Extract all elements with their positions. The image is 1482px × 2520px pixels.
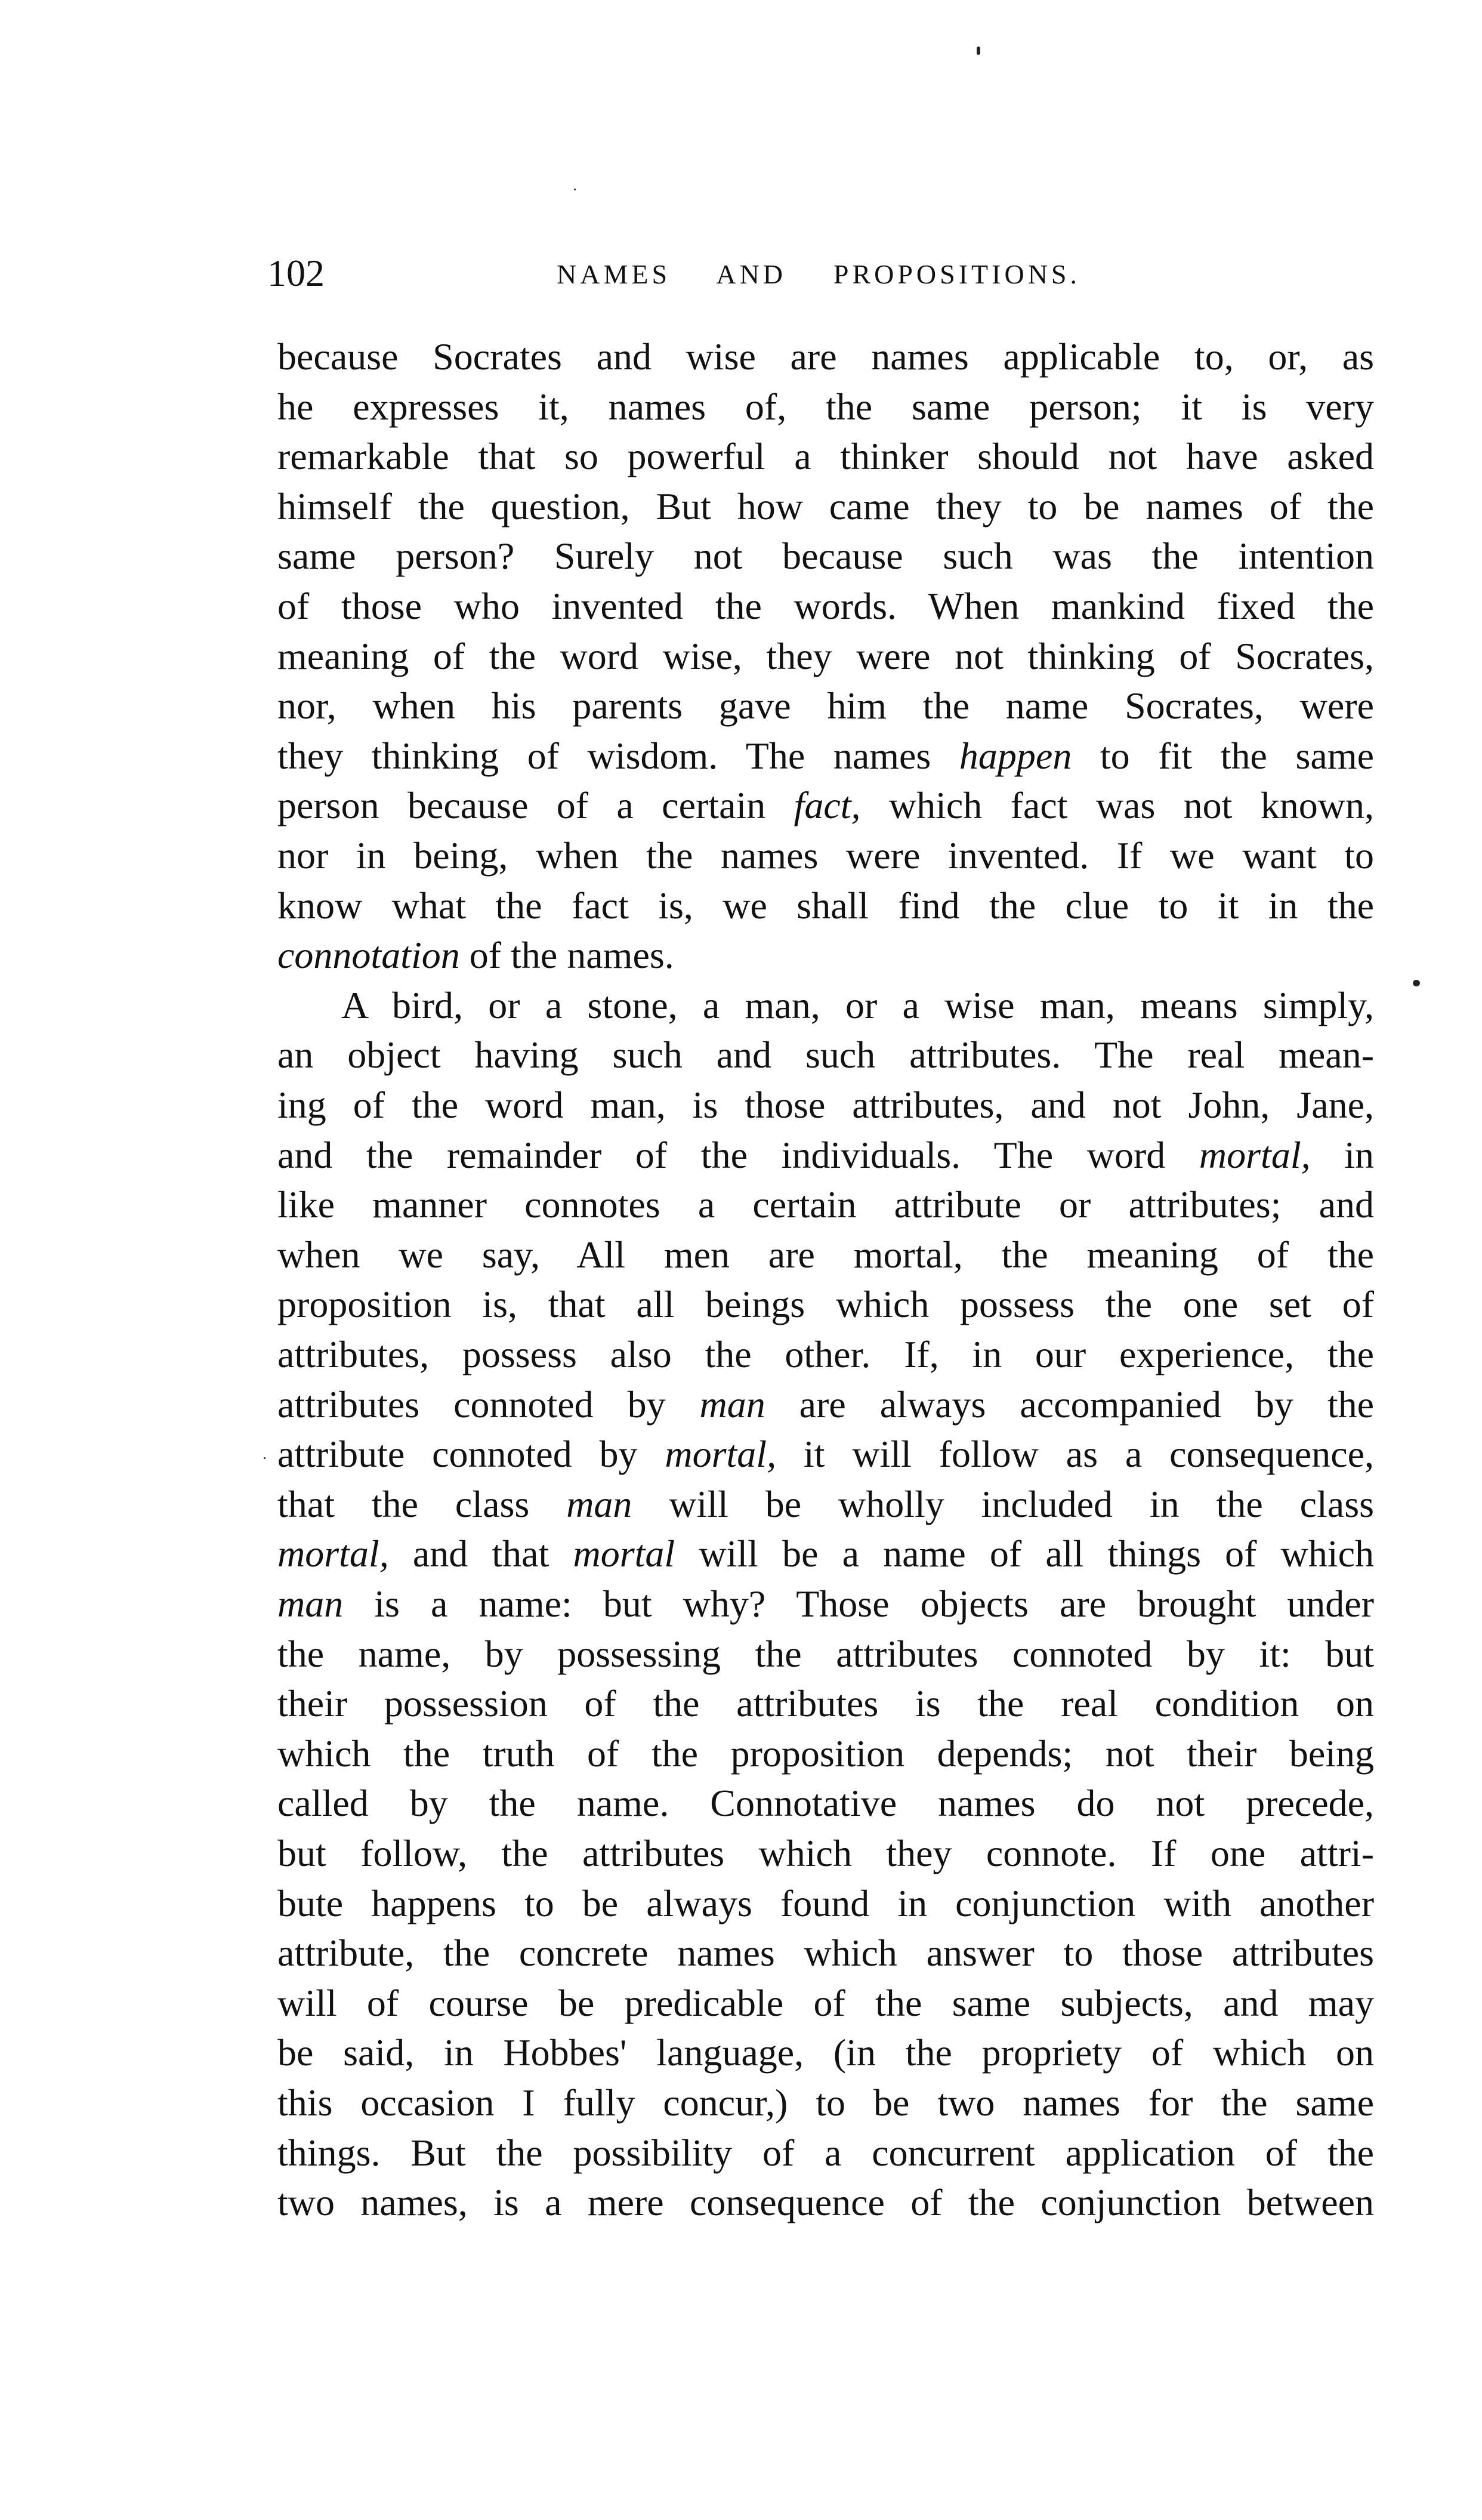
text-run: know what the fact is, we shall find the… — [277, 884, 1374, 927]
text-run: is a name: but why? Those objects are br… — [343, 1583, 1374, 1625]
text-run: they thinking of wisdom. The names — [277, 735, 959, 777]
text-run: bute happens to be always found in conju… — [277, 1882, 1374, 1924]
text-run: will of course be predicable of the same… — [277, 1982, 1374, 2024]
running-head: NAMES AND PROPOSITIONS. — [557, 257, 1080, 292]
text-run: same person? Surely not because such was… — [277, 535, 1374, 577]
text-line: A bird, or a stone, a man, or a wise man… — [277, 980, 1374, 1031]
text-line: remarkable that so powerful a thinker sh… — [277, 431, 1374, 482]
text-run: of the names. — [460, 934, 674, 976]
text-line: when we say, All men are mortal, the mea… — [277, 1230, 1374, 1280]
text-run: himself the question, But how came they … — [277, 485, 1374, 528]
text-line: proposition is, that all beings which po… — [277, 1279, 1374, 1330]
italic-emphasis: mortal, — [665, 1433, 776, 1475]
text-line: called by the name. Connotative names do… — [277, 1778, 1374, 1828]
text-run: attributes, possess also the other. If, … — [277, 1333, 1374, 1375]
text-line: attributes, possess also the other. If, … — [277, 1330, 1374, 1380]
text-line: the name, by possessing the attributes c… — [277, 1629, 1374, 1679]
text-run: are always accompanied by the — [765, 1383, 1374, 1426]
text-line: connotation of the names. — [277, 930, 1374, 980]
italic-emphasis: man — [277, 1583, 343, 1625]
book-page: 102 NAMES AND PROPOSITIONS. because Socr… — [0, 0, 1482, 2520]
text-line: that the class man will be wholly includ… — [277, 1479, 1374, 1529]
text-line: be said, in Hobbes' language, (in the pr… — [277, 2028, 1374, 2078]
text-run: nor, when his parents gave him the name … — [277, 684, 1374, 727]
text-line: two names, is a mere consequence of the … — [277, 2177, 1374, 2228]
text-line: their possession of the attributes is th… — [277, 1679, 1374, 1729]
ink-speck-right-margin — [1413, 980, 1420, 986]
text-run: in — [1311, 1134, 1374, 1176]
italic-emphasis: man — [700, 1383, 765, 1426]
text-line: meaning of the word wise, they were not … — [277, 631, 1374, 681]
text-run: when we say, All men are mortal, the mea… — [277, 1233, 1374, 1276]
text-run: things. But the possibility of a concurr… — [277, 2132, 1374, 2174]
text-line: bute happens to be always found in conju… — [277, 1879, 1374, 1929]
text-run: because Socrates and wise are names appl… — [277, 335, 1374, 378]
text-run: two names, is a mere consequence of the … — [277, 2181, 1374, 2223]
text-run: attributes connoted by — [277, 1383, 700, 1426]
text-run: called by the name. Connotative names do… — [277, 1782, 1374, 1824]
ink-speck-upper — [574, 189, 576, 190]
text-line: nor, when his parents gave him the name … — [277, 681, 1374, 731]
text-line: himself the question, But how came they … — [277, 482, 1374, 532]
text-run: an object having such and such attribute… — [277, 1034, 1374, 1076]
italic-emphasis: happen — [959, 735, 1072, 777]
text-line: attributes connoted by man are always ac… — [277, 1380, 1374, 1430]
text-run: will be wholly included in the class — [632, 1483, 1374, 1525]
text-line: mortal, and that mortal will be a name o… — [277, 1529, 1374, 1579]
text-run: their possession of the attributes is th… — [277, 1682, 1374, 1725]
text-run: ing of the word man, is those attributes… — [277, 1084, 1374, 1126]
text-line: and the remainder of the individuals. Th… — [277, 1130, 1374, 1180]
ink-speck-left-margin — [264, 1457, 265, 1459]
text-run: the name, by possessing the attributes c… — [277, 1633, 1374, 1675]
text-run: attribute, the concrete names which answ… — [277, 1932, 1374, 1974]
text-run: nor in being, when the names were invent… — [277, 834, 1374, 877]
italic-emphasis: mortal — [573, 1532, 675, 1575]
text-run: person because of a certain — [277, 784, 794, 826]
text-line: this occasion I fully concur,) to be two… — [277, 2078, 1374, 2128]
italic-emphasis: connotation — [277, 934, 460, 976]
text-line: like manner connotes a certain attribute… — [277, 1180, 1374, 1230]
text-run: this occasion I fully concur,) to be two… — [277, 2081, 1374, 2124]
italic-emphasis: fact, — [794, 784, 861, 826]
text-line: of those who invented the words. When ma… — [277, 581, 1374, 631]
text-run: but follow, the attributes which they co… — [277, 1832, 1374, 1874]
text-line: will of course be predicable of the same… — [277, 1978, 1374, 2028]
text-line: nor in being, when the names were invent… — [277, 831, 1374, 881]
text-run: remarkable that so powerful a thinker sh… — [277, 435, 1374, 477]
text-line: they thinking of wisdom. The names happe… — [277, 731, 1374, 781]
text-line: same person? Surely not because such was… — [277, 531, 1374, 581]
text-run: which fact was not known, — [861, 784, 1374, 826]
text-run: A bird, or a stone, a man, or a wise man… — [341, 984, 1374, 1026]
text-run: he expresses it, names of, the same pers… — [277, 385, 1374, 428]
page-number: 102 — [267, 251, 325, 296]
text-run: to fit the same — [1072, 735, 1374, 777]
text-line: person because of a certain fact, which … — [277, 781, 1374, 831]
text-line: attribute, the concrete names which answ… — [277, 1928, 1374, 1978]
italic-emphasis: mortal, — [277, 1532, 389, 1575]
text-run: attribute connoted by — [277, 1433, 665, 1475]
text-run: proposition is, that all beings which po… — [277, 1283, 1374, 1325]
text-line: things. But the possibility of a concurr… — [277, 2128, 1374, 2178]
text-run: it will follow as a consequence, — [776, 1433, 1374, 1475]
text-run: that the class — [277, 1483, 566, 1525]
text-run: and the remainder of the individuals. Th… — [277, 1134, 1199, 1176]
text-line: know what the fact is, we shall find the… — [277, 881, 1374, 931]
italic-emphasis: man — [566, 1483, 632, 1525]
text-run: will be a name of all things of which — [675, 1532, 1374, 1575]
text-line: attribute connoted by mortal, it will fo… — [277, 1429, 1374, 1479]
text-line: because Socrates and wise are names appl… — [277, 332, 1374, 382]
text-line: which the truth of the proposition depen… — [277, 1729, 1374, 1779]
text-run: which the truth of the proposition depen… — [277, 1732, 1374, 1775]
text-run: like manner connotes a certain attribute… — [277, 1183, 1374, 1226]
text-line: ing of the word man, is those attributes… — [277, 1080, 1374, 1130]
text-line: he expresses it, names of, the same pers… — [277, 382, 1374, 432]
text-line: but follow, the attributes which they co… — [277, 1828, 1374, 1879]
text-run: of those who invented the words. When ma… — [277, 585, 1374, 627]
text-run: meaning of the word wise, they were not … — [277, 635, 1374, 677]
text-line: an object having such and such attribute… — [277, 1030, 1374, 1080]
text-run: and that — [389, 1532, 573, 1575]
italic-emphasis: mortal, — [1199, 1134, 1311, 1176]
text-line: man is a name: but why? Those objects ar… — [277, 1579, 1374, 1629]
ink-speck-top — [977, 47, 980, 55]
text-run: be said, in Hobbes' language, (in the pr… — [277, 2031, 1374, 2074]
